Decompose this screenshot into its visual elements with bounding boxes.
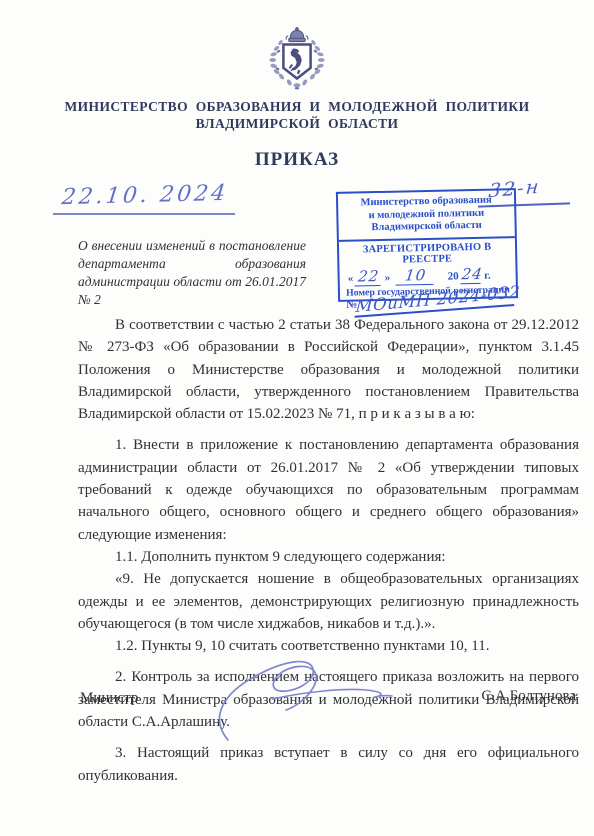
ministry-name: МИНИСТЕРСТВО ОБРАЗОВАНИЯ И МОЛОДЕЖНОЙ ПО… xyxy=(40,98,554,132)
stamp-handwritten-month: 10 xyxy=(396,265,436,285)
subject-line2: департамента образования xyxy=(78,255,306,273)
stamp-quote-open: « xyxy=(348,272,354,284)
vladimir-oblast-coat-of-arms-icon xyxy=(263,26,331,98)
minister-signature-icon xyxy=(210,652,430,747)
handwritten-date: 22.10. 2024 xyxy=(60,181,229,210)
ministry-name-line2: ВЛАДИМИРСКОЙ ОБЛАСТИ xyxy=(40,115,554,132)
paragraph-item-1-1: 1.1. Дополнить пунктом 9 следующего соде… xyxy=(78,546,579,568)
paragraph-item-1: 1. Внести в приложение к постановлению д… xyxy=(78,434,579,545)
order-subject: О внесении изменений в постановление деп… xyxy=(78,237,306,309)
paragraph-item-3: 3. Настоящий приказ вступает в силу со д… xyxy=(78,742,579,787)
subject-line1: О внесении изменений в постановление xyxy=(78,237,306,255)
paragraph-quoted-point-9: «9. Не допускается ношение в общеобразов… xyxy=(78,568,579,635)
date-underline xyxy=(53,213,235,215)
subject-line2-right: образования xyxy=(235,255,306,273)
stamp-year-prefix: 20 xyxy=(448,270,459,282)
stamp-org-line3: Владимирской области xyxy=(339,219,515,235)
stamp-quote-close: » xyxy=(385,271,391,283)
subject-line3: администрации области от 26.01.2017 xyxy=(78,273,306,291)
document-type-title: ПРИКАЗ xyxy=(40,149,554,171)
registration-stamp: Министерство образования и молодежной по… xyxy=(336,188,518,302)
stamp-date-row: « 22 » 10 20 24 г. xyxy=(339,264,515,286)
ministry-name-line1: МИНИСТЕРСТВО ОБРАЗОВАНИЯ И МОЛОДЕЖНОЙ ПО… xyxy=(40,98,554,115)
stamp-year-suffix: г. xyxy=(484,269,491,281)
stamp-handwritten-day: 22 xyxy=(355,266,383,286)
subject-line2-left: департамента xyxy=(78,255,166,273)
scanned-order-document: МИНИСТЕРСТВО ОБРАЗОВАНИЯ И МОЛОДЕЖНОЙ ПО… xyxy=(0,0,594,836)
paragraph-preamble: В соответствии с частью 2 статьи 38 Феде… xyxy=(78,314,579,425)
subject-line4: № 2 xyxy=(78,291,306,309)
stamp-org-name: Министерство образования и молодежной по… xyxy=(338,190,515,235)
signer-position: Министр xyxy=(80,690,138,707)
stamp-handwritten-year: 24 xyxy=(460,264,482,283)
signer-name: С.А.Болтунова xyxy=(440,688,576,705)
stamp-reg-number-row: № МОиМП 2024-032 xyxy=(340,295,516,311)
stamp-registered-label: ЗАРЕГИСТРИРОВАНО В РЕЕСТРЕ xyxy=(339,241,515,267)
